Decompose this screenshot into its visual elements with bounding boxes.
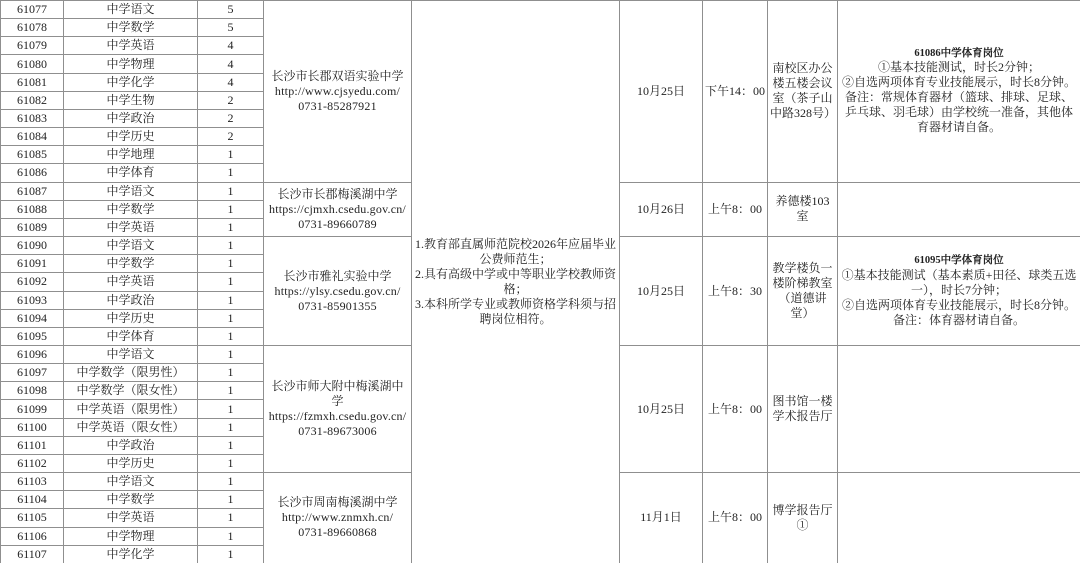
school-cell: 长沙市长郡梅溪湖中学https://cjmxh.csedu.gov.cn/073… [264,182,412,236]
subject-cell: 中学语文 [64,1,198,19]
note-title: 61086中学体育岗位 [840,47,1078,60]
subject-cell: 中学政治 [64,109,198,127]
subject-cell: 中学数学 [64,200,198,218]
count-cell: 1 [198,364,264,382]
code-cell: 61077 [1,1,64,19]
school-phone: 0731-85901355 [266,299,409,314]
code-cell: 61094 [1,309,64,327]
code-cell: 61103 [1,473,64,491]
note-title: 61095中学体育岗位 [840,254,1078,267]
school-url: https://ylsy.csedu.gov.cn/ [266,284,409,299]
subject-cell: 中学英语 [64,218,198,236]
count-cell: 1 [198,436,264,454]
code-cell: 61085 [1,146,64,164]
count-cell: 1 [198,200,264,218]
subject-cell: 中学英语 [64,273,198,291]
date-cell: 11月1日 [620,473,703,563]
note-line: ②自选两项体育专业技能展示，时长8分钟。 [840,75,1078,90]
time-cell: 上午8：00 [703,182,768,236]
time-cell: 上午8：30 [703,237,768,346]
subject-cell: 中学英语（限女性） [64,418,198,436]
code-cell: 61087 [1,182,64,200]
notes-cell [838,345,1080,472]
count-cell: 4 [198,73,264,91]
count-cell: 1 [198,454,264,472]
time-cell: 上午8：00 [703,345,768,472]
school-name: 长沙市雅礼实验中学 [266,269,409,284]
notes-cell [838,473,1080,563]
subject-cell: 中学英语 [64,509,198,527]
school-cell: 长沙市周南梅溪湖中学http://www.znmxh.cn/0731-89660… [264,473,412,563]
school-url: https://fzmxh.csedu.gov.cn/ [266,409,409,424]
count-cell: 2 [198,109,264,127]
subject-cell: 中学历史 [64,454,198,472]
subject-cell: 中学英语（限男性） [64,400,198,418]
school-name: 长沙市师大附中梅溪湖中学 [266,379,409,409]
school-url: http://www.znmxh.cn/ [266,510,409,525]
date-cell: 10月25日 [620,237,703,346]
time-cell: 上午8：00 [703,473,768,563]
count-cell: 4 [198,37,264,55]
count-cell: 1 [198,509,264,527]
note-line: ②自选两项体育专业技能展示，时长8分钟。 [840,298,1078,313]
subject-cell: 中学政治 [64,436,198,454]
subject-cell: 中学化学 [64,545,198,563]
code-cell: 61078 [1,19,64,37]
subject-cell: 中学数学 [64,255,198,273]
count-cell: 1 [198,164,264,182]
notes-cell: 61095中学体育岗位①基本技能测试（基本素质+田径、球类五选一），时长7分钟；… [838,237,1080,346]
code-cell: 61082 [1,91,64,109]
subject-cell: 中学历史 [64,128,198,146]
code-cell: 61098 [1,382,64,400]
code-cell: 61104 [1,491,64,509]
subject-cell: 中学数学 [64,19,198,37]
count-cell: 5 [198,19,264,37]
subject-cell: 中学语文 [64,237,198,255]
school-cell: 长沙市雅礼实验中学https://ylsy.csedu.gov.cn/0731-… [264,237,412,346]
code-cell: 61097 [1,364,64,382]
code-cell: 61089 [1,218,64,236]
recruitment-table: 61077中学语文5长沙市长郡双语实验中学http://www.cjsyedu.… [0,0,1080,563]
code-cell: 61084 [1,128,64,146]
time-cell: 下午14：00 [703,1,768,183]
code-cell: 61096 [1,345,64,363]
code-cell: 61101 [1,436,64,454]
school-name: 长沙市周南梅溪湖中学 [266,495,409,510]
location-cell: 图书馆一楼学术报告厅 [768,345,838,472]
code-cell: 61088 [1,200,64,218]
count-cell: 1 [198,491,264,509]
subject-cell: 中学生物 [64,91,198,109]
count-cell: 1 [198,400,264,418]
note-line: 备注：体育器材请自备。 [840,313,1078,328]
code-cell: 61107 [1,545,64,563]
notes-cell: 61086中学体育岗位①基本技能测试，时长2分钟；②自选两项体育专业技能展示，时… [838,1,1080,183]
subject-cell: 中学历史 [64,309,198,327]
subject-cell: 中学地理 [64,146,198,164]
count-cell: 1 [198,291,264,309]
count-cell: 1 [198,327,264,345]
code-cell: 61106 [1,527,64,545]
school-phone: 0731-89673006 [266,424,409,439]
count-cell: 2 [198,128,264,146]
code-cell: 61100 [1,418,64,436]
location-cell: 南校区办公楼五楼会议室（茶子山中路328号） [768,1,838,183]
code-cell: 61086 [1,164,64,182]
school-phone: 0731-89660868 [266,525,409,540]
count-cell: 5 [198,1,264,19]
code-cell: 61092 [1,273,64,291]
code-cell: 61102 [1,454,64,472]
school-name: 长沙市长郡双语实验中学 [266,69,409,84]
school-cell: 长沙市长郡双语实验中学http://www.cjsyedu.com/0731-8… [264,1,412,183]
count-cell: 1 [198,273,264,291]
count-cell: 1 [198,218,264,236]
note-line: ①基本技能测试，时长2分钟； [840,60,1078,75]
subject-cell: 中学化学 [64,73,198,91]
count-cell: 1 [198,146,264,164]
subject-cell: 中学物理 [64,527,198,545]
location-cell: 教学楼负一楼阶梯教室（道德讲堂） [768,237,838,346]
subject-cell: 中学体育 [64,164,198,182]
code-cell: 61083 [1,109,64,127]
count-cell: 1 [198,182,264,200]
code-cell: 61105 [1,509,64,527]
count-cell: 1 [198,255,264,273]
code-cell: 61090 [1,237,64,255]
code-cell: 61095 [1,327,64,345]
note-line: ①基本技能测试（基本素质+田径、球类五选一），时长7分钟； [840,268,1078,298]
table-row: 61077中学语文5长沙市长郡双语实验中学http://www.cjsyedu.… [1,1,1080,19]
table-body: 61077中学语文5长沙市长郡双语实验中学http://www.cjsyedu.… [1,1,1080,563]
count-cell: 1 [198,237,264,255]
subject-cell: 中学英语 [64,37,198,55]
subject-cell: 中学政治 [64,291,198,309]
school-url: http://www.cjsyedu.com/ [266,84,409,99]
subject-cell: 中学语文 [64,182,198,200]
school-phone: 0731-89660789 [266,217,409,232]
school-phone: 0731-85287921 [266,99,409,114]
count-cell: 1 [198,527,264,545]
subject-cell: 中学数学 [64,491,198,509]
count-cell: 1 [198,418,264,436]
code-cell: 61080 [1,55,64,73]
note-line: 备注：常规体育器材（篮球、排球、足球、乒乓球、羽毛球）由学校统一准备，其他体育器… [840,90,1078,135]
recruitment-table-page: 61077中学语文5长沙市长郡双语实验中学http://www.cjsyedu.… [0,0,1080,563]
school-name: 长沙市长郡梅溪湖中学 [266,187,409,202]
code-cell: 61093 [1,291,64,309]
requirements-cell: 1.教育部直属师范院校2026年应届毕业公费师范生； 2.具有高级中学或中等职业… [412,1,620,563]
subject-cell: 中学语文 [64,473,198,491]
count-cell: 1 [198,473,264,491]
count-cell: 1 [198,545,264,563]
location-cell: 养德楼103室 [768,182,838,236]
count-cell: 4 [198,55,264,73]
date-cell: 10月25日 [620,345,703,472]
code-cell: 61081 [1,73,64,91]
school-cell: 长沙市师大附中梅溪湖中学https://fzmxh.csedu.gov.cn/0… [264,345,412,472]
school-url: https://cjmxh.csedu.gov.cn/ [266,202,409,217]
subject-cell: 中学数学（限女性） [64,382,198,400]
subject-cell: 中学体育 [64,327,198,345]
code-cell: 61099 [1,400,64,418]
subject-cell: 中学数学（限男性） [64,364,198,382]
date-cell: 10月26日 [620,182,703,236]
subject-cell: 中学物理 [64,55,198,73]
date-cell: 10月25日 [620,1,703,183]
count-cell: 1 [198,382,264,400]
count-cell: 1 [198,309,264,327]
notes-cell [838,182,1080,236]
location-cell: 博学报告厅① [768,473,838,563]
count-cell: 1 [198,345,264,363]
code-cell: 61079 [1,37,64,55]
code-cell: 61091 [1,255,64,273]
count-cell: 2 [198,91,264,109]
subject-cell: 中学语文 [64,345,198,363]
